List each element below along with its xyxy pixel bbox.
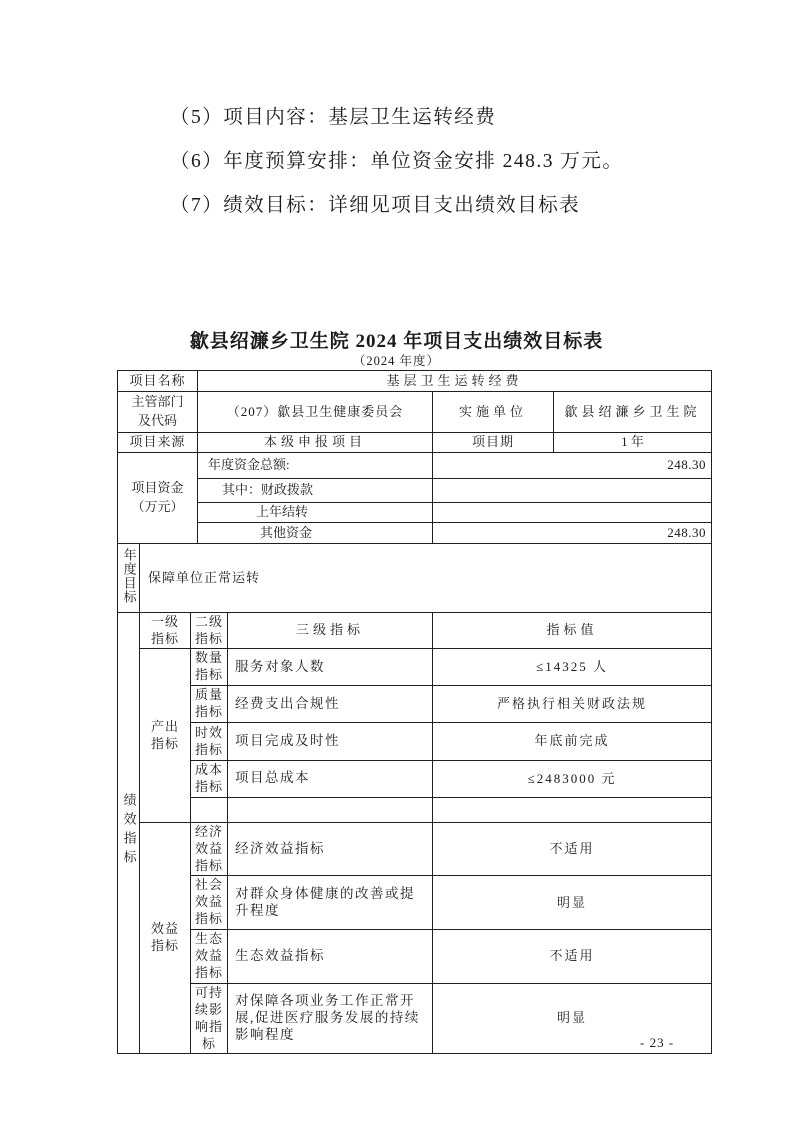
dept-label: 主管部门及代码 [118, 392, 198, 433]
header-value: 指标值 [433, 612, 712, 649]
table-row-empty [118, 797, 712, 822]
value-ecological-benefit: 不适用 [433, 930, 712, 984]
lvl3-expenditure-compliance: 经费支出合规性 [228, 686, 433, 723]
project-name-value: 基层卫生运转经费 [198, 371, 712, 392]
source-label: 项目来源 [118, 432, 198, 452]
header-level1: 一级指标 [140, 612, 191, 649]
table-row: 生态效益指标 生态效益指标 不适用 [118, 930, 712, 984]
intro-paragraphs: （5）项目内容：基层卫生运转经费 （6）年度预算安排：单位资金安排 248.3 … [170, 96, 690, 228]
table-row: 年度目标 保障单位正常运转 [118, 543, 712, 612]
funds-other-label: 其他资金 [198, 522, 433, 543]
funds-label: 项目资金（万元） [118, 452, 198, 543]
lvl2-cost: 成本指标 [191, 761, 228, 798]
lvl2-ecological-benefit: 生态效益指标 [191, 930, 228, 984]
group-output-label: 产出指标 [140, 649, 191, 822]
lvl3-completion-timeliness: 项目完成及时性 [228, 723, 433, 761]
value-economic-benefit: 不适用 [433, 822, 712, 876]
source-value: 本级申报项目 [198, 432, 433, 452]
table-row: 主管部门及代码 （207）歙县卫生健康委员会 实施单位 歙县绍濂乡卫生院 [118, 392, 712, 433]
lvl2-quantity: 数量指标 [191, 649, 228, 686]
table-row: 产出指标 数量指标 服务对象人数 ≤14325 人 [118, 649, 712, 686]
lvl3-ecological-benefit: 生态效益指标 [228, 930, 433, 984]
table-row: 其中：财政拨款 [118, 478, 712, 502]
table-row: 时效指标 项目完成及时性 年底前完成 [118, 723, 712, 761]
lvl3-economic-benefit: 经济效益指标 [228, 822, 433, 876]
table-row: 成本指标 项目总成本 ≤2483000 元 [118, 761, 712, 798]
group-benefit-label: 效益指标 [140, 822, 191, 1054]
annual-goal-text: 保障单位正常运转 [140, 543, 712, 612]
funds-other-value: 248.30 [433, 522, 712, 543]
table-row: 上年结转 [118, 502, 712, 522]
page-number: - 23 - [640, 1035, 674, 1051]
value-completion-timeliness: 年底前完成 [433, 723, 712, 761]
funds-carryover-value [433, 502, 712, 522]
paragraph-annual-budget: （6）年度预算安排：单位资金安排 248.3 万元。 [170, 140, 690, 184]
performance-target-table: 项目名称 基层卫生运转经费 主管部门及代码 （207）歙县卫生健康委员会 实施单… [117, 370, 713, 1054]
impl-unit-value: 歙县绍濂乡卫生院 [554, 392, 712, 433]
lvl2-economic-benefit: 经济效益指标 [191, 822, 228, 876]
value-total-cost: ≤2483000 元 [433, 761, 712, 798]
value-empty [433, 797, 712, 822]
lvl2-timeliness: 时效指标 [191, 723, 228, 761]
lvl2-social-benefit: 社会效益指标 [191, 876, 228, 930]
table-header-row: 绩效指标 一级指标 二级指标 三级指标 指标值 [118, 612, 712, 649]
document-page: （5）项目内容：基层卫生运转经费 （6）年度预算安排：单位资金安排 248.3 … [0, 0, 793, 1122]
lvl2-sustainable-impact: 可持续影响指标 [191, 983, 228, 1054]
table-row: 可持续影响指标 对保障各项业务工作正常开展,促进医疗服务发展的持续影响程度 明显 [118, 983, 712, 1054]
table-title: 歙县绍濂乡卫生院 2024 年项目支出绩效目标表 [0, 326, 793, 353]
header-level3: 三级指标 [228, 612, 433, 649]
funds-total-label: 年度资金总额: [198, 452, 433, 478]
funds-total-value: 248.30 [433, 452, 712, 478]
table-subtitle: （2024 年度） [0, 351, 793, 369]
value-social-benefit: 明显 [433, 876, 712, 930]
lvl3-empty [228, 797, 433, 822]
lvl2-quality: 质量指标 [191, 686, 228, 723]
funds-fiscal-label: 其中：财政拨款 [198, 478, 433, 502]
period-value: 1 年 [554, 432, 712, 452]
dept-value: （207）歙县卫生健康委员会 [198, 392, 433, 433]
value-service-population: ≤14325 人 [433, 649, 712, 686]
table-row: 效益指标 经济效益指标 经济效益指标 不适用 [118, 822, 712, 876]
funds-fiscal-value [433, 478, 712, 502]
table-row: 其他资金 248.30 [118, 522, 712, 543]
table-row: 质量指标 经费支出合规性 严格执行相关财政法规 [118, 686, 712, 723]
project-name-label: 项目名称 [118, 371, 198, 392]
lvl3-service-population: 服务对象人数 [228, 649, 433, 686]
paragraph-project-content: （5）项目内容：基层卫生运转经费 [170, 96, 690, 140]
header-level2: 二级指标 [191, 612, 228, 649]
table-row: 社会效益指标 对群众身体健康的改善或提升程度 明显 [118, 876, 712, 930]
funds-carryover-label: 上年结转 [198, 502, 433, 522]
table-row: 项目名称 基层卫生运转经费 [118, 371, 712, 392]
lvl2-empty [191, 797, 228, 822]
period-label: 项目期 [433, 432, 554, 452]
value-expenditure-compliance: 严格执行相关财政法规 [433, 686, 712, 723]
annual-goal-label: 年度目标 [118, 543, 140, 612]
impl-unit-label: 实施单位 [433, 392, 554, 433]
table-row: 项目资金（万元） 年度资金总额: 248.30 [118, 452, 712, 478]
paragraph-performance-goal: （7）绩效目标：详细见项目支出绩效目标表 [170, 184, 690, 228]
table-row: 项目来源 本级申报项目 项目期 1 年 [118, 432, 712, 452]
lvl3-social-benefit: 对群众身体健康的改善或提升程度 [228, 876, 433, 930]
lvl3-sustainable-impact: 对保障各项业务工作正常开展,促进医疗服务发展的持续影响程度 [228, 983, 433, 1054]
lvl3-total-cost: 项目总成本 [228, 761, 433, 798]
performance-indicators-side-label: 绩效指标 [118, 612, 140, 1054]
